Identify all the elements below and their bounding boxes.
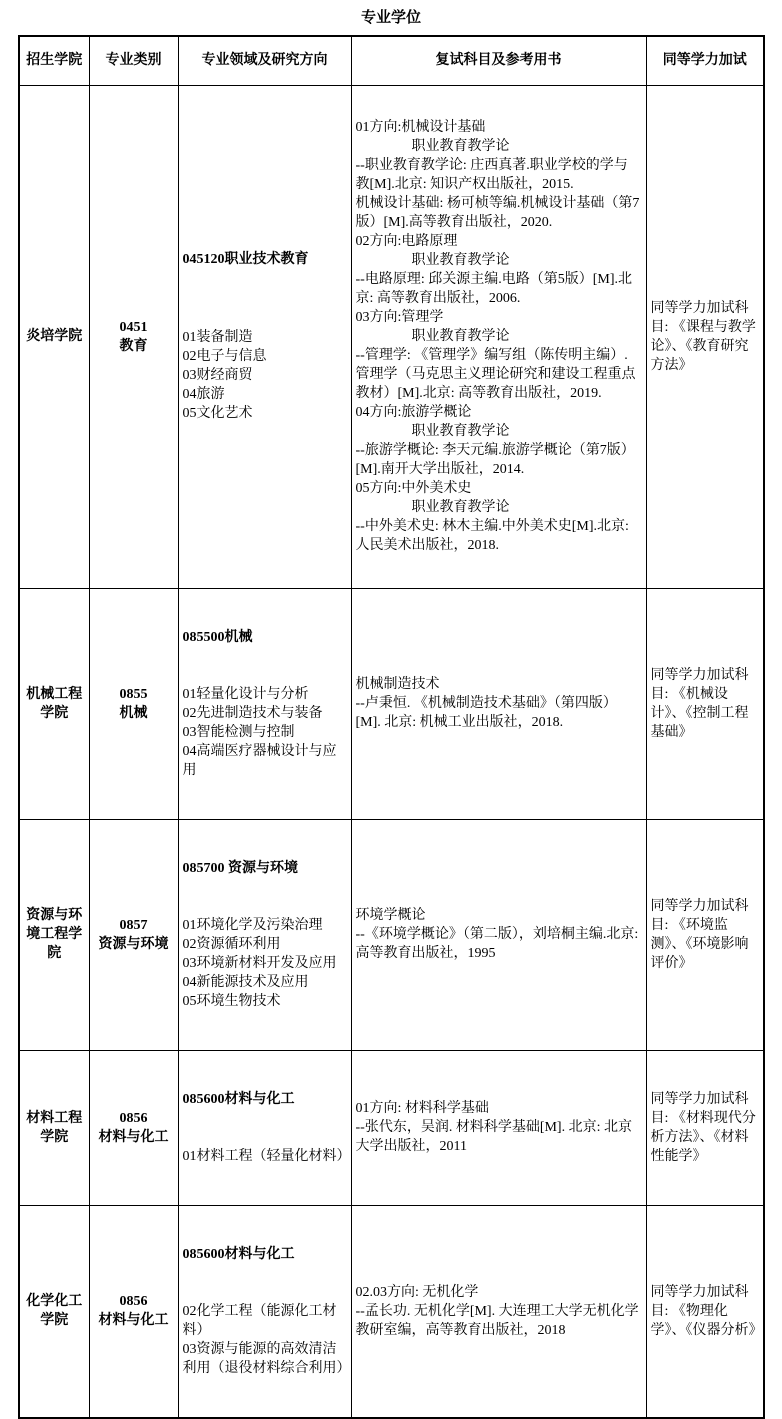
college-cell: 资源与环境工程学院 bbox=[19, 819, 89, 1050]
field-body: 01环境化学及污染治理 02资源循环利用 03环境新材料开发及应用 04新能源技… bbox=[183, 916, 347, 1011]
category-cell: 0857 资源与环境 bbox=[89, 819, 178, 1050]
addtest-cell: 同等学力加试科目: 《物理化学》、《仪器分析》 bbox=[646, 1205, 764, 1418]
exam-cell: 机械制造技术 --卢秉恒. 《机械制造技术基础》（第四版）[M]. 北京: 机械… bbox=[351, 588, 646, 819]
field-cell: 045120职业技术教育 01装备制造 02电子与信息 03财经商贸 04旅游 … bbox=[178, 85, 351, 588]
header-row: 招生学院 专业类别 专业领域及研究方向 复试科目及参考用书 同等学力加试 bbox=[19, 36, 764, 85]
addtest-cell: 同等学力加试科目: 《材料现代分析方法》、《材料性能学》 bbox=[646, 1050, 764, 1205]
category-cell: 0451 教育 bbox=[89, 85, 178, 588]
field-cell: 085600材料与化工 01材料工程（轻量化材料） bbox=[178, 1050, 351, 1205]
field-title: 045120职业技术教育 bbox=[183, 250, 347, 269]
degree-table: 招生学院 专业类别 专业领域及研究方向 复试科目及参考用书 同等学力加试 炎培学… bbox=[18, 35, 765, 1419]
category-cell: 0856 材料与化工 bbox=[89, 1050, 178, 1205]
header-exam: 复试科目及参考用书 bbox=[351, 36, 646, 85]
field-body: 01装备制造 02电子与信息 03财经商贸 04旅游 05文化艺术 bbox=[183, 328, 347, 423]
exam-cell: 01方向: 材料科学基础 --张代东，吴润. 材料科学基础[M]. 北京: 北京… bbox=[351, 1050, 646, 1205]
table-row: 材料工程学院 0856 材料与化工 085600材料与化工 01材料工程（轻量化… bbox=[19, 1050, 764, 1205]
header-field: 专业领域及研究方向 bbox=[178, 36, 351, 85]
table-row: 资源与环境工程学院 0857 资源与环境 085700 资源与环境 01环境化学… bbox=[19, 819, 764, 1050]
field-body: 01轻量化设计与分析 02先进制造技术与装备 03智能检测与控制 04高端医疗器… bbox=[183, 685, 347, 780]
exam-cell: 01方向:机械设计基础 职业教育教学论 --职业教育教学论: 庄西真著.职业学校… bbox=[351, 85, 646, 588]
page-title: 专业学位 bbox=[0, 0, 782, 28]
field-body: 02化学工程（能源化工材料） 03资源与能源的高效清洁利用（退役材料综合利用） bbox=[183, 1302, 347, 1378]
field-title: 085700 资源与环境 bbox=[183, 859, 347, 878]
field-cell: 085600材料与化工 02化学工程（能源化工材料） 03资源与能源的高效清洁利… bbox=[178, 1205, 351, 1418]
table-row: 炎培学院 0451 教育 045120职业技术教育 01装备制造 02电子与信息… bbox=[19, 85, 764, 588]
field-body: 01材料工程（轻量化材料） bbox=[183, 1147, 347, 1166]
college-cell: 机械工程学院 bbox=[19, 588, 89, 819]
category-cell: 0856 材料与化工 bbox=[89, 1205, 178, 1418]
header-college: 招生学院 bbox=[19, 36, 89, 85]
field-title: 085600材料与化工 bbox=[183, 1245, 347, 1264]
addtest-cell: 同等学力加试科目: 《课程与教学论》、《教育研究方法》 bbox=[646, 85, 764, 588]
college-cell: 炎培学院 bbox=[19, 85, 89, 588]
field-title: 085600材料与化工 bbox=[183, 1090, 347, 1109]
header-addtest: 同等学力加试 bbox=[646, 36, 764, 85]
addtest-cell: 同等学力加试科目: 《机械设计》、《控制工程基础》 bbox=[646, 588, 764, 819]
addtest-cell: 同等学力加试科目: 《环境监测》、《环境影响评价》 bbox=[646, 819, 764, 1050]
field-title: 085500机械 bbox=[183, 628, 347, 647]
college-cell: 材料工程学院 bbox=[19, 1050, 89, 1205]
header-category: 专业类别 bbox=[89, 36, 178, 85]
category-cell: 0855 机械 bbox=[89, 588, 178, 819]
college-cell: 化学化工学院 bbox=[19, 1205, 89, 1418]
exam-cell: 环境学概论 --《环境学概论》（第二版），刘培桐主编.北京: 高等教育出版社，1… bbox=[351, 819, 646, 1050]
table-row: 化学化工学院 0856 材料与化工 085600材料与化工 02化学工程（能源化… bbox=[19, 1205, 764, 1418]
field-cell: 085700 资源与环境 01环境化学及污染治理 02资源循环利用 03环境新材… bbox=[178, 819, 351, 1050]
table-row: 机械工程学院 0855 机械 085500机械 01轻量化设计与分析 02先进制… bbox=[19, 588, 764, 819]
field-cell: 085500机械 01轻量化设计与分析 02先进制造技术与装备 03智能检测与控… bbox=[178, 588, 351, 819]
exam-cell: 02.03方向: 无机化学 --孟长功. 无机化学[M]. 大连理工大学无机化学… bbox=[351, 1205, 646, 1418]
